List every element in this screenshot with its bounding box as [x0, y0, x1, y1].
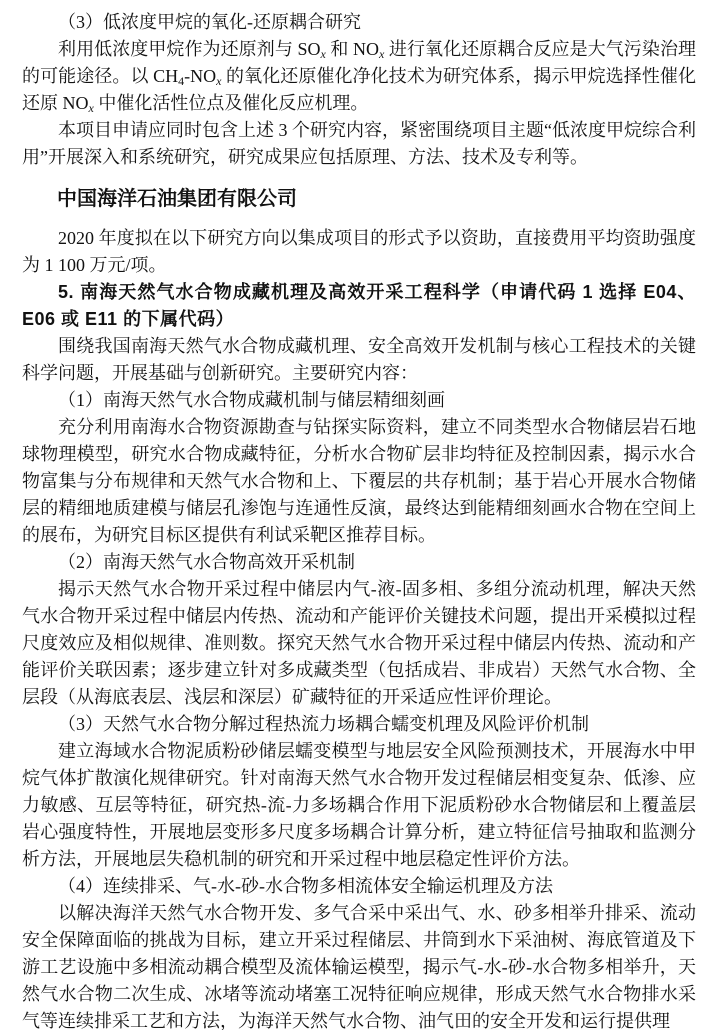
funding-statement: 2020 年度拟在以下研究方向以集成项目的形式予以资助，直接费用平均资助强度为 … — [22, 225, 696, 279]
project-requirement: 本项目申请应同时包含上述 3 个研究内容，紧密围绕项目主题“低浓度甲烷综合利用”… — [22, 117, 696, 171]
content-2-title: （2）南海天然气水合物高效开采机制 — [22, 549, 696, 576]
content-3-body: 建立海域水合物泥质粉砂储层蠕变模型与地层安全风险预测技术，开展海水中甲烷气体扩散… — [22, 738, 696, 873]
content-4-body: 以解决海洋天然气水合物开发、多气合采中采出气、水、砂多相举升排采、流动安全保障面… — [22, 900, 696, 1030]
content-1-title: （1）南海天然气水合物成藏机制与储层精细刻画 — [22, 387, 696, 414]
content-1-body: 充分利用南海水合物资源勘查与钻探实际资料，建立不同类型水合物储层岩石地球物理模型… — [22, 414, 696, 549]
company-heading: 中国海洋石油集团有限公司 — [22, 185, 696, 213]
document-page: （3）低浓度甲烷的氧化-还原耦合研究利用低浓度甲烷作为还原剂与 SOx 和 NO… — [0, 0, 720, 1030]
item-3-title: （3）低浓度甲烷的氧化-还原耦合研究 — [22, 9, 696, 36]
topic-5-heading: 5. 南海天然气水合物成藏机理及高效开采工程科学（申请代码 1 选择 E04、E… — [22, 279, 696, 333]
content-3-title: （3）天然气水合物分解过程热流力场耦合蠕变机理及风险评价机制 — [22, 711, 696, 738]
item-3-body: 利用低浓度甲烷作为还原剂与 SOx 和 NOx 进行氧化还原耦合反应是大气污染治… — [22, 36, 696, 117]
content-4-title: （4）连续排采、气-水-砂-水合物多相流体安全输运机理及方法 — [22, 873, 696, 900]
content-2-body: 揭示天然气水合物开采过程中储层内气-液-固多相、多组分流动机理，解决天然气水合物… — [22, 576, 696, 711]
topic-5-intro: 围绕我国南海天然气水合物成藏机理、安全高效开发机制与核心工程技术的关键科学问题，… — [22, 333, 696, 387]
